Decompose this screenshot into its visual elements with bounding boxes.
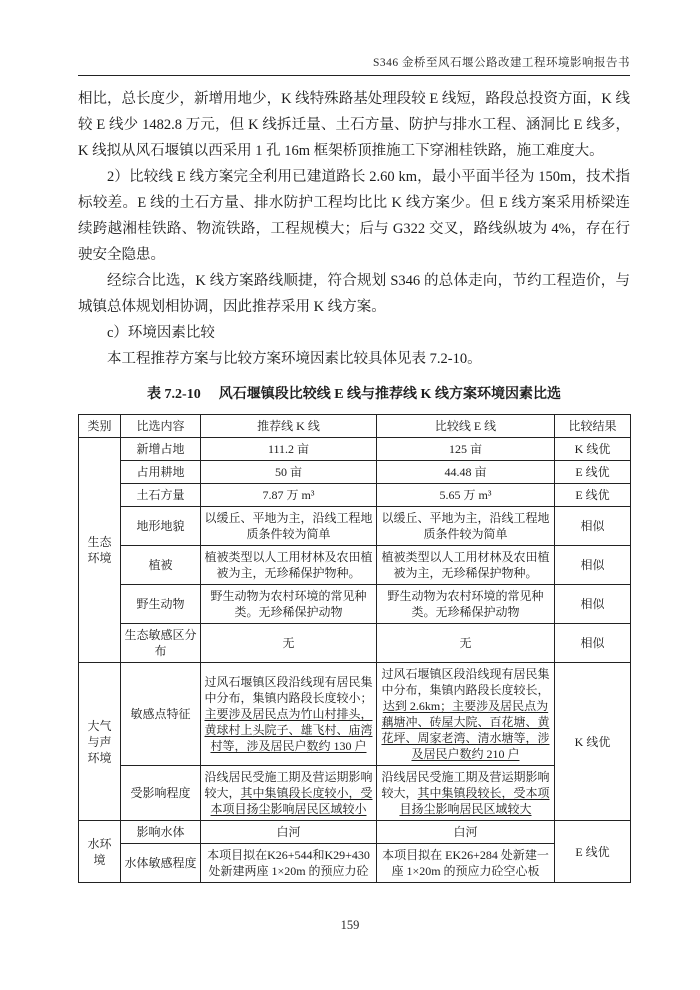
- report-header-title: S346 金桥至风石堰公路改建工程环境影响报告书: [78, 54, 630, 76]
- cell-text: 生态敏感区分布: [124, 628, 196, 658]
- result-cell: E 线优: [555, 484, 631, 507]
- table-cell: 过风石堰镇区段沿线现有居民集中分布，集镇内路段长度较长，达到 2.6km；主要涉…: [377, 663, 555, 766]
- cell-text: 野生动物为农村环境的常见种类。无珍稀保护动物: [387, 589, 543, 619]
- cell-text: 土石方量: [136, 488, 184, 502]
- result-cell: 相似: [555, 507, 631, 546]
- cell-text: 7.87 万 m³: [263, 488, 315, 502]
- cell-text: 相似: [580, 597, 604, 611]
- cell-text: 5.65 万 m³: [440, 488, 492, 502]
- table-row: 植被植被类型以人工用材林及农田植被为主，无珍稀保护物种。植被类型以人工用材林及农…: [79, 546, 631, 585]
- table-cell: 125 亩: [377, 438, 555, 461]
- cell-text: 以缓丘、平地为主，沿线工程地质条件较为简单: [204, 511, 372, 541]
- table-caption-title: 风石堰镇段比较线 E 线与推荐线 K 线方案环境因素比选: [219, 387, 561, 402]
- cell-text: 过风石堰镇区段沿线现有居民集中分布，集镇内路段长度较小；: [204, 675, 372, 705]
- table-cell: 50 亩: [201, 461, 377, 484]
- table-cell: 本项目拟在 EK26+284 处新建一座 1×20m 的预应力砼空心板: [377, 844, 555, 883]
- cell-text: 影响水体: [136, 825, 184, 839]
- item-label: 生态敏感区分布: [121, 624, 201, 663]
- result-cell: 相似: [555, 624, 631, 663]
- cell-text: 野生动物: [136, 597, 184, 611]
- table-cell: 7.87 万 m³: [201, 484, 377, 507]
- table-cell: 沿线居民受施工期及营运期影响较大，其中集镇段较长，受本项目扬尘影响居民区域较大: [377, 766, 555, 821]
- table-cell: 以缓丘、平地为主，沿线工程地质条件较为简单: [377, 507, 555, 546]
- table-cell: 野生动物为农村环境的常见种类。无珍稀保护动物: [201, 585, 377, 624]
- comparison-table: 类别比选内容推荐线 K 线比较线 E 线比较结果 生态环境新增占地111.2 亩…: [78, 414, 631, 883]
- cell-text: 野生动物为农村环境的常见种类。无珍稀保护动物: [210, 589, 366, 619]
- result-cell: 相似: [555, 585, 631, 624]
- underlined-text: 主要涉及居民点为竹山村排头，黄球村上头院子、雄飞村、庙湾村等，涉及居民户数约 1…: [204, 707, 372, 753]
- column-header: 比较结果: [555, 415, 631, 438]
- cell-text: 相似: [580, 636, 604, 650]
- table-cell: 过风石堰镇区段沿线现有居民集中分布，集镇内路段长度较小；主要涉及居民点为竹山村排…: [201, 663, 377, 766]
- paragraph: 2）比较线 E 线方案完全利用已建道路长 2.60 km，最小平面半径为 150…: [78, 164, 630, 268]
- cell-text: 植被类型以人工用材林及农田植被为主，无珍稀保护物种。: [381, 550, 549, 580]
- column-header: 推荐线 K 线: [201, 415, 377, 438]
- cell-text: 白河: [276, 825, 300, 839]
- document-body: 相比，总长度少，新增用地少，K 线特殊路基处理段较 E 线短，路段总投资方面，K…: [78, 86, 630, 883]
- table-row: 地形地貌以缓丘、平地为主，沿线工程地质条件较为简单以缓丘、平地为主，沿线工程地质…: [79, 507, 631, 546]
- table-cell: 沿线居民受施工期及营运期影响较大，其中集镇段长度较小，受本项目扬尘影响居民区域较…: [201, 766, 377, 821]
- table-row: 水环境影响水体白河白河E 线优: [79, 821, 631, 844]
- cell-text: 植被类型以人工用材林及农田植被为主，无珍稀保护物种。: [204, 550, 372, 580]
- table-cell: 44.48 亩: [377, 461, 555, 484]
- cell-text: E 线优: [575, 845, 609, 859]
- paragraph: 相比，总长度少，新增用地少，K 线特殊路基处理段较 E 线短，路段总投资方面，K…: [78, 86, 630, 164]
- table-cell: 111.2 亩: [201, 438, 377, 461]
- item-label: 植被: [121, 546, 201, 585]
- cell-text: 无: [282, 636, 294, 650]
- category-ecological-environment: 生态环境: [79, 438, 121, 663]
- page-number: 159: [0, 918, 700, 933]
- category-air-noise-environment: 大气与声环境: [79, 663, 121, 821]
- table-cell: 野生动物为农村环境的常见种类。无珍稀保护动物: [377, 585, 555, 624]
- table-cell: 植被类型以人工用材林及农田植被为主，无珍稀保护物种。: [377, 546, 555, 585]
- table-cell: 白河: [201, 821, 377, 844]
- cell-text: 植被: [148, 558, 172, 572]
- cell-text: 无: [459, 636, 471, 650]
- cell-text: 125 亩: [449, 442, 482, 456]
- column-header: 比较线 E 线: [377, 415, 555, 438]
- cell-text: 相似: [580, 519, 604, 533]
- column-header: 比选内容: [121, 415, 201, 438]
- cell-text: 本项目拟在 EK26+284 处新建一座 1×20m 的预应力砼空心板: [382, 848, 549, 878]
- cell-text: 50 亩: [275, 465, 302, 479]
- table-head: 类别比选内容推荐线 K 线比较线 E 线比较结果: [79, 415, 631, 438]
- category-water-environment: 水环境: [79, 821, 121, 883]
- item-label: 新增占地: [121, 438, 201, 461]
- table-body: 生态环境新增占地111.2 亩125 亩K 线优占用耕地50 亩44.48 亩E…: [79, 438, 631, 883]
- item-label: 土石方量: [121, 484, 201, 507]
- cell-text: 大气与声环境: [87, 719, 111, 765]
- table-row: 生态环境新增占地111.2 亩125 亩K 线优: [79, 438, 631, 461]
- item-label: 地形地貌: [121, 507, 201, 546]
- result-cell: K 线优: [555, 663, 631, 821]
- paragraph: 经综合比选，K 线方案路线顺捷，符合规划 S346 的总体走向，节约工程造价，与…: [78, 268, 630, 320]
- cell-text: 受影响程度: [130, 786, 190, 800]
- table-cell: 白河: [377, 821, 555, 844]
- table-caption: 表 7.2-10风石堰镇段比较线 E 线与推荐线 K 线方案环境因素比选: [78, 384, 630, 406]
- underlined-text: 其中集镇段较长，受本项目扬尘影响居民区域较大: [399, 786, 549, 816]
- cell-text: 敏感点特征: [130, 707, 190, 721]
- table-cell: 无: [377, 624, 555, 663]
- result-cell: K 线优: [555, 438, 631, 461]
- cell-text: 地形地貌: [136, 519, 184, 533]
- cell-text: 本项目拟在K26+544和K29+430处新建两座 1×20m 的预应力砼: [207, 848, 370, 878]
- result-cell: 相似: [555, 546, 631, 585]
- table-row: 水体敏感程度本项目拟在K26+544和K29+430处新建两座 1×20m 的预…: [79, 844, 631, 883]
- paragraph: 本工程推荐方案与比较方案环境因素比较具体见表 7.2-10。: [78, 346, 630, 372]
- item-label: 水体敏感程度: [121, 844, 201, 883]
- table-header-row: 类别比选内容推荐线 K 线比较线 E 线比较结果: [79, 415, 631, 438]
- item-label: 野生动物: [121, 585, 201, 624]
- item-label: 占用耕地: [121, 461, 201, 484]
- cell-text: K 线优: [575, 442, 611, 456]
- result-cell: E 线优: [555, 461, 631, 484]
- table-row: 土石方量7.87 万 m³5.65 万 m³E 线优: [79, 484, 631, 507]
- cell-text: 生态环境: [87, 535, 111, 565]
- table-caption-label: 表 7.2-10: [147, 387, 201, 402]
- table-row: 野生动物野生动物为农村环境的常见种类。无珍稀保护动物野生动物为农村环境的常见种类…: [79, 585, 631, 624]
- table-cell: 5.65 万 m³: [377, 484, 555, 507]
- cell-text: E 线优: [575, 465, 609, 479]
- cell-text: 占用耕地: [136, 465, 184, 479]
- cell-text: 44.48 亩: [444, 465, 486, 479]
- table-cell: 本项目拟在K26+544和K29+430处新建两座 1×20m 的预应力砼: [201, 844, 377, 883]
- cell-text: 新增占地: [136, 442, 184, 456]
- cell-text: E 线优: [575, 488, 609, 502]
- section-heading: c）环境因素比较: [78, 320, 630, 346]
- table-cell: 无: [201, 624, 377, 663]
- item-label: 受影响程度: [121, 766, 201, 821]
- table-row: 受影响程度沿线居民受施工期及营运期影响较大，其中集镇段长度较小，受本项目扬尘影响…: [79, 766, 631, 821]
- column-header: 类别: [79, 415, 121, 438]
- table-cell: 以缓丘、平地为主，沿线工程地质条件较为简单: [201, 507, 377, 546]
- result-cell: E 线优: [555, 821, 631, 883]
- cell-text: 水体敏感程度: [124, 856, 196, 870]
- item-label: 影响水体: [121, 821, 201, 844]
- item-label: 敏感点特征: [121, 663, 201, 766]
- cell-text: 过风石堰镇区段沿线现有居民集中分布，集镇内路段长度较长，: [381, 667, 549, 697]
- cell-text: 水环境: [87, 837, 111, 867]
- underlined-text: 达到 2.6km；主要涉及居民点为藕塘冲、砖屋大院、百花塘、黄花坪、周家老湾、清…: [381, 699, 549, 761]
- table-cell: 植被类型以人工用材林及农田植被为主，无珍稀保护物种。: [201, 546, 377, 585]
- cell-text: 111.2 亩: [268, 442, 309, 456]
- cell-text: 以缓丘、平地为主，沿线工程地质条件较为简单: [381, 511, 549, 541]
- table-row: 生态敏感区分布无无相似: [79, 624, 631, 663]
- cell-text: 白河: [453, 825, 477, 839]
- cell-text: K 线优: [575, 735, 611, 749]
- cell-text: 相似: [580, 558, 604, 572]
- table-row: 占用耕地50 亩44.48 亩E 线优: [79, 461, 631, 484]
- table-row: 大气与声环境敏感点特征过风石堰镇区段沿线现有居民集中分布，集镇内路段长度较小；主…: [79, 663, 631, 766]
